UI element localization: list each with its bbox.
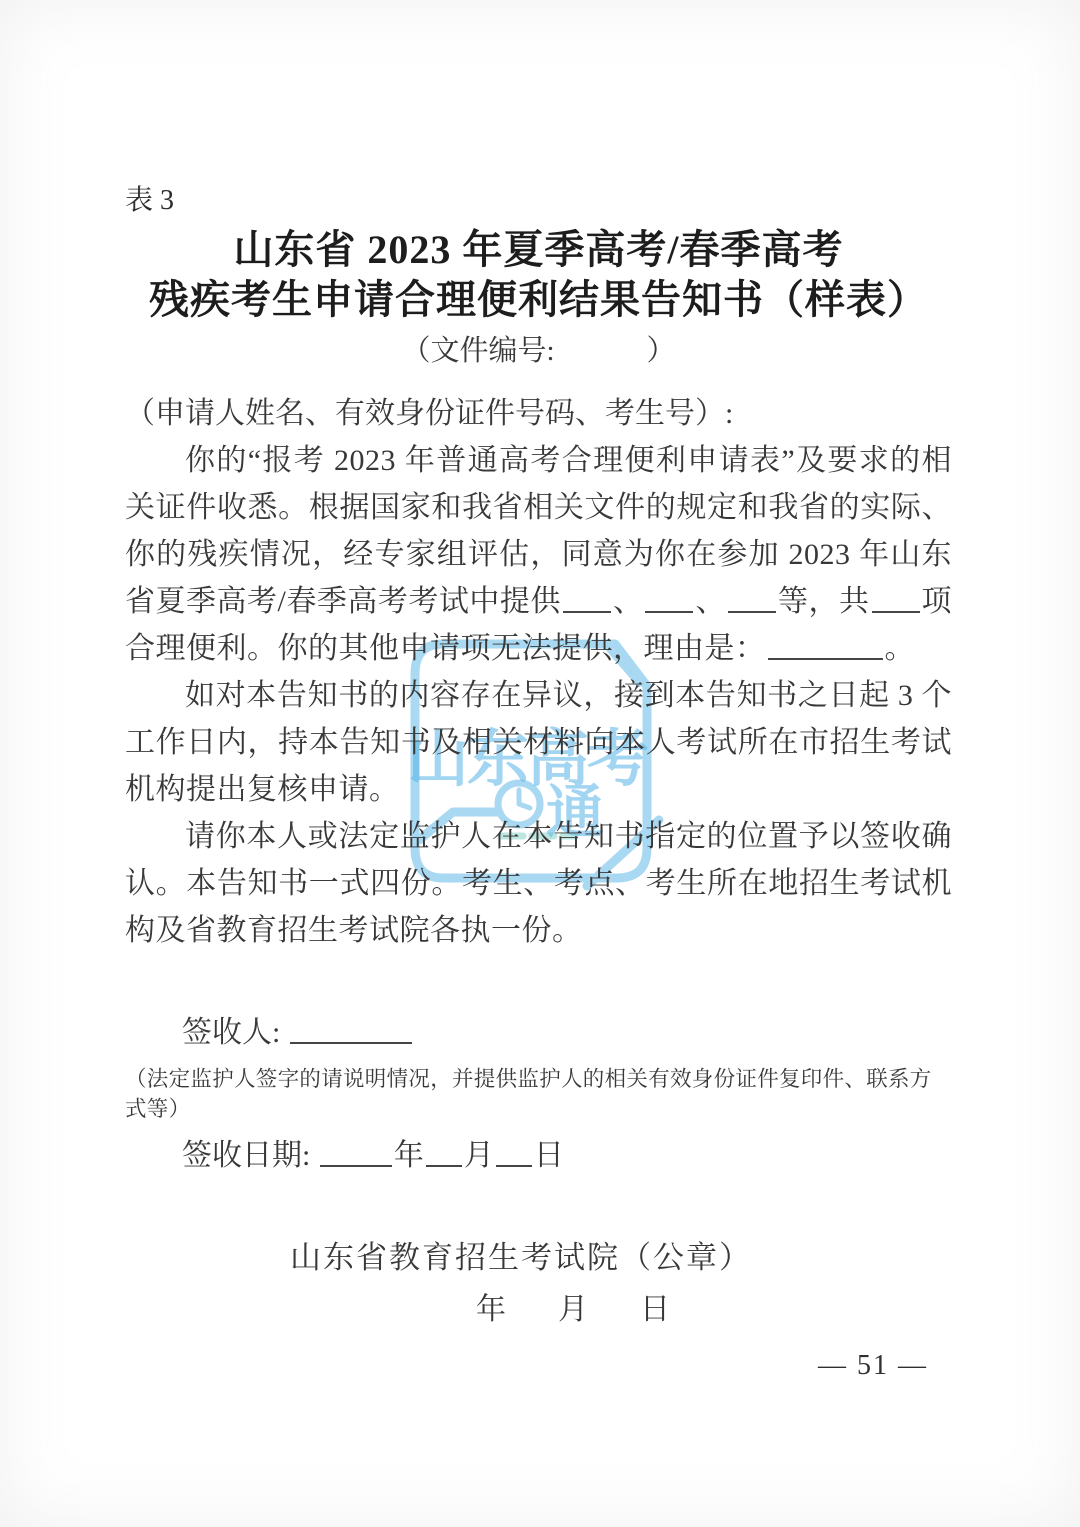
paragraph-accommodations: 你的“报考 2023 年普通高考合理便利申请表”及要求的相关证件收悉。根据国家和… xyxy=(125,437,952,672)
title-line-2: 残疾考生申请合理便利结果告知书（样表） xyxy=(125,275,952,325)
text-segment: 月 xyxy=(464,1139,494,1172)
document-content: 表 3 山东省 2023 年夏季高考/春季高考 残疾考生申请合理便利结果告知书（… xyxy=(0,0,1080,1333)
page-number: — 51 — xyxy=(818,1350,928,1382)
applicant-header: （申请人姓名、有效身份证件号码、考生号）: xyxy=(125,390,952,437)
blank-underline xyxy=(645,583,693,613)
text-segment: 、 xyxy=(613,585,644,618)
text-segment: 日 xyxy=(534,1139,564,1172)
text-segment: 、 xyxy=(695,585,726,618)
blank-underline xyxy=(320,1137,392,1167)
blank-underline xyxy=(496,1137,532,1167)
table-label: 表 3 xyxy=(125,185,952,217)
doc-number-suffix: ） xyxy=(647,335,676,367)
document-page: 山东高考 通 表 3 山东省 2023 年夏季高考/春季高考 残疾考生申请合理便… xyxy=(0,0,1080,1527)
signee-line: 签收人: xyxy=(125,1009,952,1056)
blank-underline xyxy=(872,583,920,613)
text-segment: 。 xyxy=(885,632,916,665)
text-segment: 等，共 xyxy=(778,585,870,618)
doc-number-prefix: （文件编号: xyxy=(401,335,554,367)
blank-underline xyxy=(728,583,776,613)
paragraph-appeal: 如对本告知书的内容存在异议，接到本告知书之日起 3 个工作日内，持本告知书及相关… xyxy=(125,672,952,813)
guardian-note: （法定监护人签字的请说明情况，并提供监护人的相关有效身份证件复印件、联系方式等） xyxy=(125,1064,952,1124)
footer-month-label: 月 xyxy=(558,1293,588,1326)
document-title: 山东省 2023 年夏季高考/春季高考 残疾考生申请合理便利结果告知书（样表） xyxy=(125,225,952,325)
text-segment: 年 xyxy=(394,1139,424,1172)
footer-year-label: 年 xyxy=(476,1293,506,1326)
blank-underline xyxy=(563,583,611,613)
doc-number-line: （文件编号:） xyxy=(125,335,952,367)
paragraph-signature-instructions: 请你本人或法定监护人在本告知书指定的位置予以签收确认。本告知书一式四份。考生、考… xyxy=(125,813,952,954)
footer-date-line: 年月日 xyxy=(125,1286,952,1333)
blank-underline xyxy=(426,1137,462,1167)
blank-underline xyxy=(290,1014,412,1044)
text-segment: 签收人: xyxy=(182,1016,288,1049)
title-line-1: 山东省 2023 年夏季高考/春季高考 xyxy=(125,225,952,275)
issuing-authority: 山东省教育招生考试院（公章） xyxy=(125,1234,952,1281)
sign-date-line: 签收日期: 年月日 xyxy=(125,1132,952,1179)
blank-underline xyxy=(768,630,883,660)
footer-day-label: 日 xyxy=(640,1293,670,1326)
text-segment: 签收日期: xyxy=(182,1139,318,1172)
